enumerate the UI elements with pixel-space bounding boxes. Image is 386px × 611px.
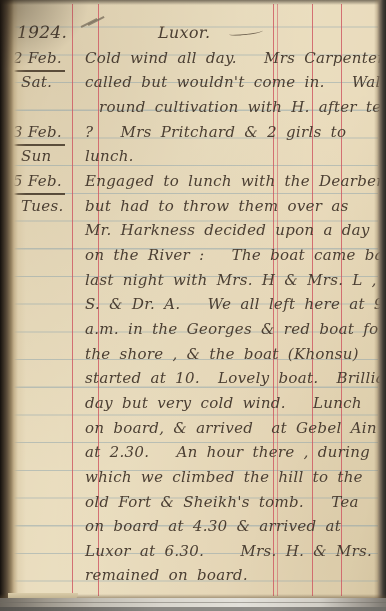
- diary-row: at 2.30. An hour there , during: [0, 440, 386, 465]
- entry-text: Luxor at 6.30. Mrs. H. & Mrs. L.: [85, 539, 386, 563]
- diary-row: on the River : The boat came back: [0, 243, 386, 268]
- entry-text: remained on board.: [85, 563, 248, 587]
- entry-text: started at 10. Lovely boat. Brilliant: [85, 366, 386, 390]
- entry-text: round cultivation with H. after tea.: [99, 95, 386, 119]
- diary-row: a.m. in the Georges & red boat for: [0, 317, 386, 342]
- entry-text: on board, & arrived at Gebel Ain: [85, 416, 377, 440]
- diary-row: remained on board.: [0, 563, 386, 588]
- entry-text: last night with Mrs. H & Mrs. L , Miss: [85, 268, 386, 292]
- entry-text: day but very cold wind. Lunch: [85, 391, 362, 415]
- entry-text: at 2.30. An hour there , during: [85, 440, 370, 464]
- entry-text: on the River : The boat came back: [85, 243, 386, 267]
- diary-row: on board, & arrived at Gebel Ain: [0, 416, 386, 441]
- entry-text: Cold wind all day. Mrs Carpenter: [85, 46, 385, 70]
- diary-row: the shore , & the boat (Khonsu): [0, 342, 386, 367]
- entry-text: which we climbed the hill to the: [85, 465, 363, 489]
- photo-bottom-shadow: [0, 607, 386, 611]
- diary-row: 3 Feb. ? Mrs Pritchard & 2 girls to: [0, 120, 386, 145]
- diary-row: day but very cold wind. Lunch: [0, 391, 386, 416]
- entry-text: on board at 4.30 & arrived at: [85, 514, 341, 538]
- entry-text: but had to throw them over as: [85, 194, 349, 218]
- corner-shadow: [0, 0, 90, 70]
- diary-row: old Fort & Sheikh's tomb. Tea: [0, 490, 386, 515]
- diary-row: last night with Mrs. H & Mrs. L , Miss: [0, 268, 386, 293]
- entry-text: a.m. in the Georges & red boat for: [85, 317, 386, 341]
- entry-text: Mr. Harkness decided upon a day: [85, 218, 370, 242]
- day-label: Tues.: [21, 194, 64, 218]
- entry-text: the shore , & the boat (Khonsu): [85, 342, 359, 366]
- handwriting-layer: 1924. Luxor. 2 Feb. Cold wind all day. M…: [0, 0, 386, 598]
- entry-text: S. & Dr. A. We all left here at 9: [85, 292, 384, 316]
- diary-row: started at 10. Lovely boat. Brilliant: [0, 366, 386, 391]
- page-right-edge-shadow: [374, 0, 386, 598]
- diary-row: Luxor at 6.30. Mrs. H. & Mrs. L.: [0, 539, 386, 564]
- diary-row: Tues. but had to throw them over as: [0, 194, 386, 219]
- diary-row: round cultivation with H. after tea.: [0, 95, 386, 120]
- book-binding-edge: [0, 0, 26, 598]
- entry-text: called but wouldn't come in. Walk: [85, 70, 386, 94]
- diary-row: on board at 4.30 & arrived at: [0, 514, 386, 539]
- diary-row: Sat. called but wouldn't come in. Walk: [0, 70, 386, 95]
- diary-row: S. & Dr. A. We all left here at 9: [0, 292, 386, 317]
- diary-row: Mr. Harkness decided upon a day: [0, 218, 386, 243]
- entry-text: ? Mrs Pritchard & 2 girls to: [85, 120, 346, 144]
- page-heading: Luxor.: [158, 21, 210, 45]
- entry-text: lunch.: [85, 144, 134, 168]
- entry-text: old Fort & Sheikh's tomb. Tea: [85, 490, 359, 514]
- page-top-edge-shadow: [0, 0, 386, 5]
- diary-page-photo: { "document": { "kind": "handwritten dia…: [0, 0, 386, 611]
- stacked-pages-fore-edge: [0, 598, 386, 607]
- diary-row: Sun lunch.: [0, 144, 386, 169]
- diary-row: which we climbed the hill to the: [0, 465, 386, 490]
- diary-row: 5 Feb. Engaged to lunch with the Dearber…: [0, 169, 386, 194]
- entry-text: Engaged to lunch with the Dearberghs: [85, 169, 386, 193]
